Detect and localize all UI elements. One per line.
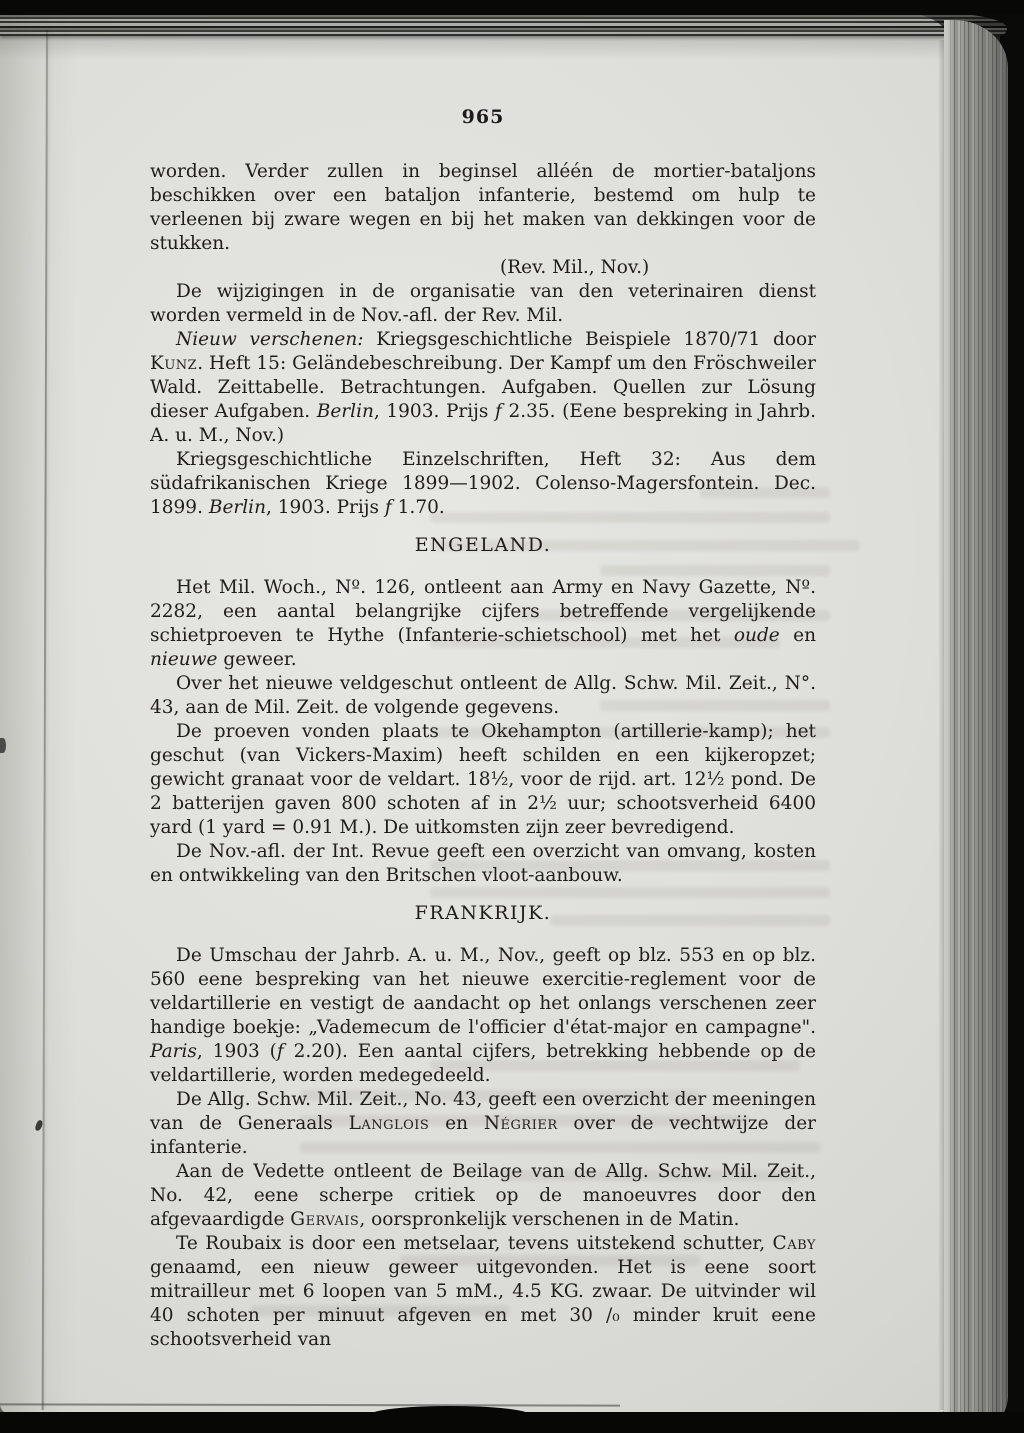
paragraph: Nieuw verschenen: Kriegsgeschichtliche B… (150, 328, 816, 448)
text-column: worden. Verder zullen in beginsel alléén… (150, 160, 816, 1352)
text-run: (Rev. Mil., Nov.) (500, 257, 649, 278)
page-stack-top-edge (0, 13, 1007, 36)
paragraph: De Nov.-afl. der Int. Revue geeft een ov… (150, 840, 816, 888)
text-run: ENGELAND. (415, 534, 552, 556)
paragraph: Aan de Vedette ontleent de Beilage van d… (150, 1160, 816, 1232)
page-number: 965 (150, 106, 816, 128)
attribution-line: (Rev. Mil., Nov.) (150, 256, 816, 280)
text-run: FRANKRIJK. (415, 902, 552, 924)
text-run: en (429, 1113, 484, 1134)
book-cover-top-edge (0, 0, 1024, 15)
text-run: 1.70. (392, 497, 445, 518)
text-run: worden. Verder zullen in beginsel alléén… (150, 161, 816, 254)
text-run: f (495, 401, 502, 422)
text-run: Berlin (209, 497, 266, 518)
text-run: De Nov.-afl. der Int. Revue geeft een ov… (150, 841, 816, 886)
text-run: f (385, 497, 392, 518)
book-scan: 965 worden. Verder zullen in beginsel al… (0, 0, 1024, 1433)
paragraph: Te Roubaix is door een metselaar, tevens… (150, 1232, 816, 1352)
paragraph: worden. Verder zullen in beginsel alléén… (150, 160, 816, 256)
text-run: Langlois (349, 1113, 430, 1134)
text-run: , 1903 ( (197, 1041, 277, 1062)
paragraph: De proeven vonden plaats te Okehampton (… (150, 720, 816, 840)
text-run: Over het nieuwe veldgeschut ontleent de … (150, 673, 816, 718)
ink-speck (0, 738, 6, 753)
text-run: De proeven vonden plaats te Okehampton (… (150, 721, 816, 838)
section-heading: ENGELAND. (150, 533, 816, 557)
text-run: Gervais (290, 1209, 359, 1230)
text-run: Kriegsgeschichtliche Beispiele 1870/71 d… (364, 329, 816, 350)
text-run: , oorspronkelijk verschenen in de Matin. (359, 1209, 739, 1230)
text-run: en (780, 625, 816, 646)
book-cover-bottom-edge (0, 1412, 1024, 1433)
text-run: Nieuw verschenen: (176, 329, 364, 350)
text-run: oude (734, 625, 780, 646)
section-heading: FRANKRIJK. (150, 901, 816, 925)
text-run: De wijzigingen in de organisatie van den… (150, 281, 816, 326)
text-run: f (277, 1041, 284, 1062)
paragraph: De Allg. Schw. Mil. Zeit., No. 43, geeft… (150, 1088, 816, 1160)
text-run: Berlin (317, 401, 374, 422)
text-run: genaamd, een nieuw geweer uitgevonden. H… (150, 1257, 816, 1350)
text-run: , 1903. Prijs (374, 401, 495, 422)
paragraph: Kriegsgeschichtliche Einzelschriften, He… (150, 448, 816, 520)
top-edge-shadow (0, 34, 1000, 60)
text-run: Caby (773, 1233, 816, 1254)
spine-shadow (0, 13, 80, 1414)
text-run: Het Mil. Woch., Nº. 126, ontleent aan Ar… (150, 577, 816, 646)
text-run: Négrier (484, 1113, 558, 1134)
paragraph: De wijzigingen in de organisatie van den… (150, 280, 816, 328)
text-run: De Umschau der Jahrb. A. u. M., Nov., ge… (150, 945, 816, 1038)
text-run: , 1903. Prijs (266, 497, 385, 518)
text-run: Te Roubaix is door een metselaar, tevens… (176, 1233, 773, 1254)
paragraph: Het Mil. Woch., Nº. 126, ontleent aan Ar… (150, 576, 816, 672)
paragraph: Over het nieuwe veldgeschut ontleent de … (150, 672, 816, 720)
text-run: nieuwe (150, 649, 217, 670)
page-stack-right-edge (944, 20, 1008, 1422)
text-run: geweer. (217, 649, 296, 670)
paragraph: De Umschau der Jahrb. A. u. M., Nov., ge… (150, 944, 816, 1088)
text-run: Paris (150, 1041, 197, 1062)
text-run: Kunz (150, 353, 197, 374)
